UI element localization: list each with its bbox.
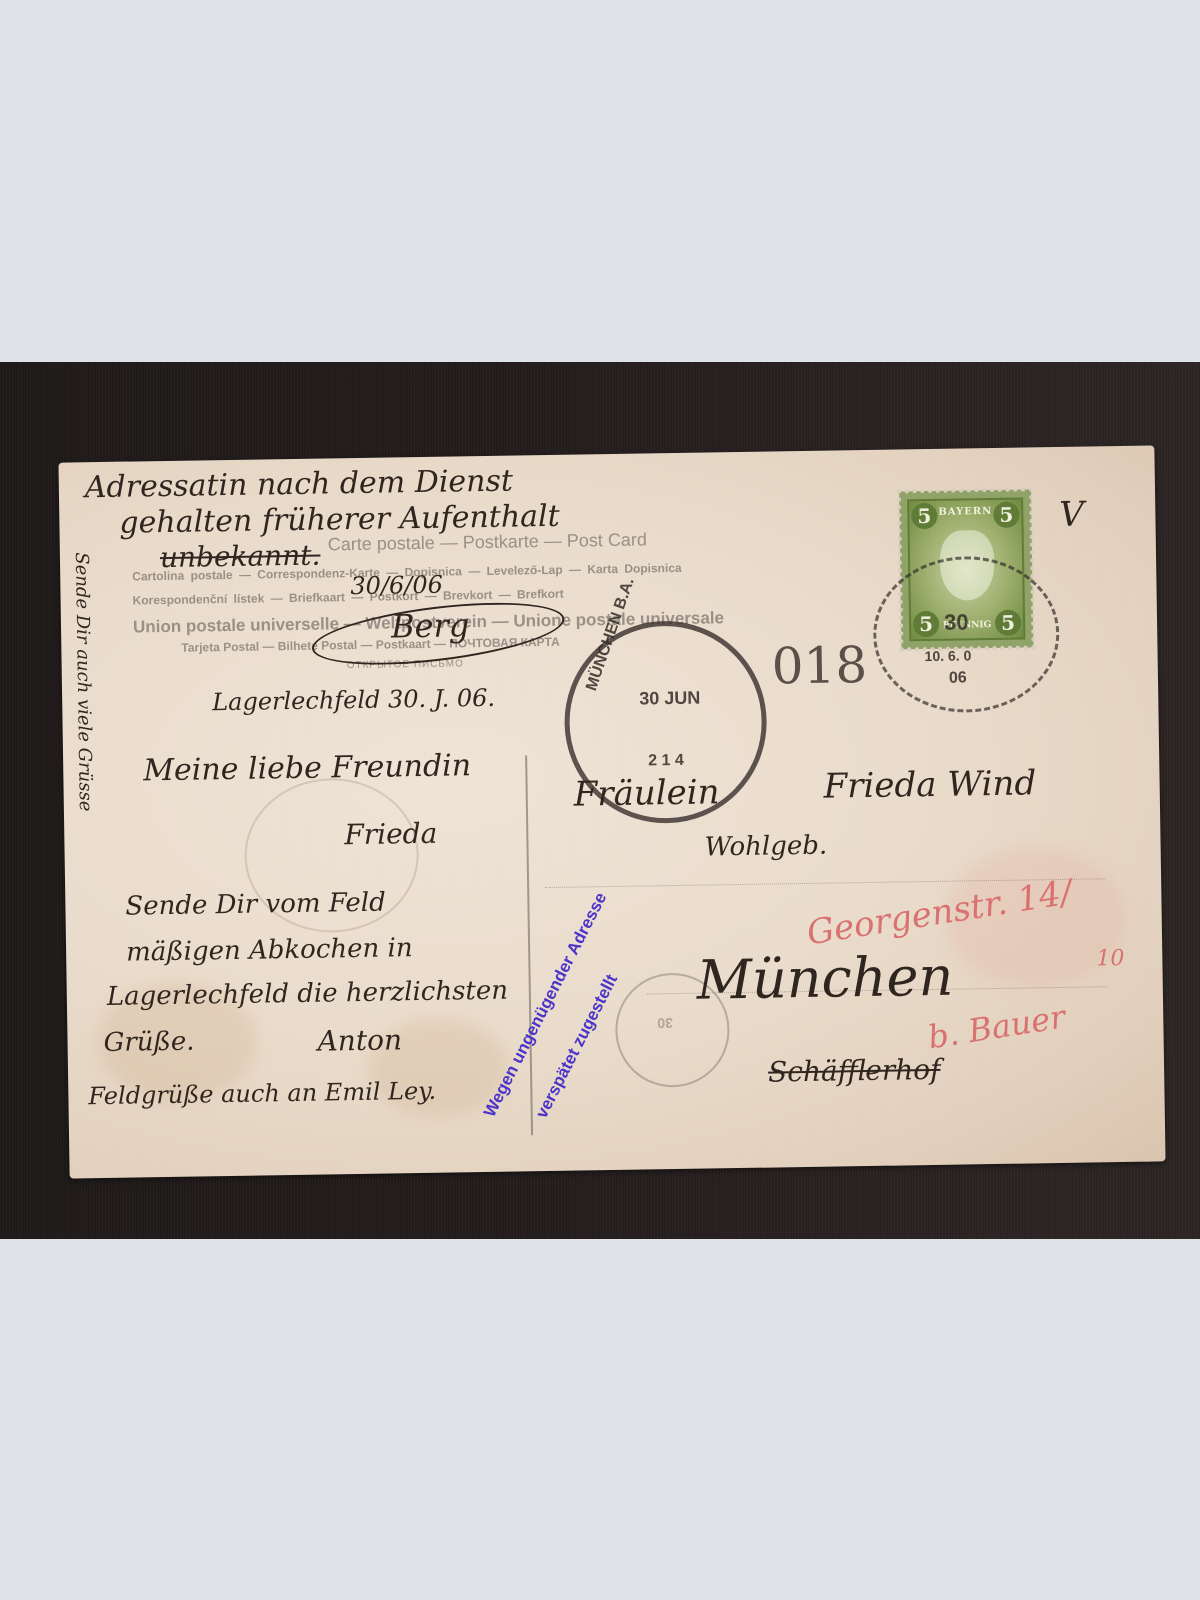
- addressee-name: Frieda Wind: [823, 763, 1036, 806]
- sorting-number: 018: [771, 636, 867, 695]
- city: München: [696, 945, 954, 1012]
- stamp-cancel-postmark: 30 10. 6. 0 06: [872, 555, 1060, 714]
- postscript: Feldgrüße auch an Emil Ley.: [88, 1077, 436, 1110]
- postcard-photo: Carte postale — Postkarte — Post Card Ca…: [0, 362, 1200, 1239]
- crossed-out-street: Schäfflerhof: [768, 1053, 941, 1089]
- message-line: Lagerlechfeld die herzlichsten: [107, 976, 509, 1012]
- addressee-title: Fräulein: [573, 772, 719, 814]
- roman-numeral-mark: V: [1059, 495, 1084, 535]
- message-address-divider: [525, 755, 533, 1135]
- postal-note: Adressatin nach dem Dienst: [85, 464, 514, 506]
- salutation: Meine liebe Freundin: [143, 748, 471, 788]
- recipient-first-name: Frieda: [344, 817, 437, 851]
- postcard: Carte postale — Postkarte — Post Card Ca…: [58, 445, 1165, 1178]
- postal-note-date: 30/6/06: [350, 571, 443, 600]
- redirect-number: 10: [1096, 946, 1124, 971]
- honorific: Wohlgeb.: [704, 831, 827, 863]
- stamp-country: BAYERN: [909, 506, 1021, 519]
- side-note: Sende Dir auch viele Grüsse: [71, 552, 96, 811]
- message-line: mäßigen Abkochen in: [126, 933, 413, 967]
- postal-note: unbekannt.: [160, 539, 321, 575]
- signature: Berg: [391, 606, 470, 645]
- postal-note: gehalten früherer Aufenthalt: [119, 499, 560, 541]
- message-line: Grüße.: [103, 1027, 194, 1058]
- message-line: Sende Dir vom Feld: [125, 888, 386, 922]
- sender-signature: Anton: [317, 1023, 402, 1057]
- place-date: Lagerlechfeld 30. J. 06.: [212, 684, 495, 716]
